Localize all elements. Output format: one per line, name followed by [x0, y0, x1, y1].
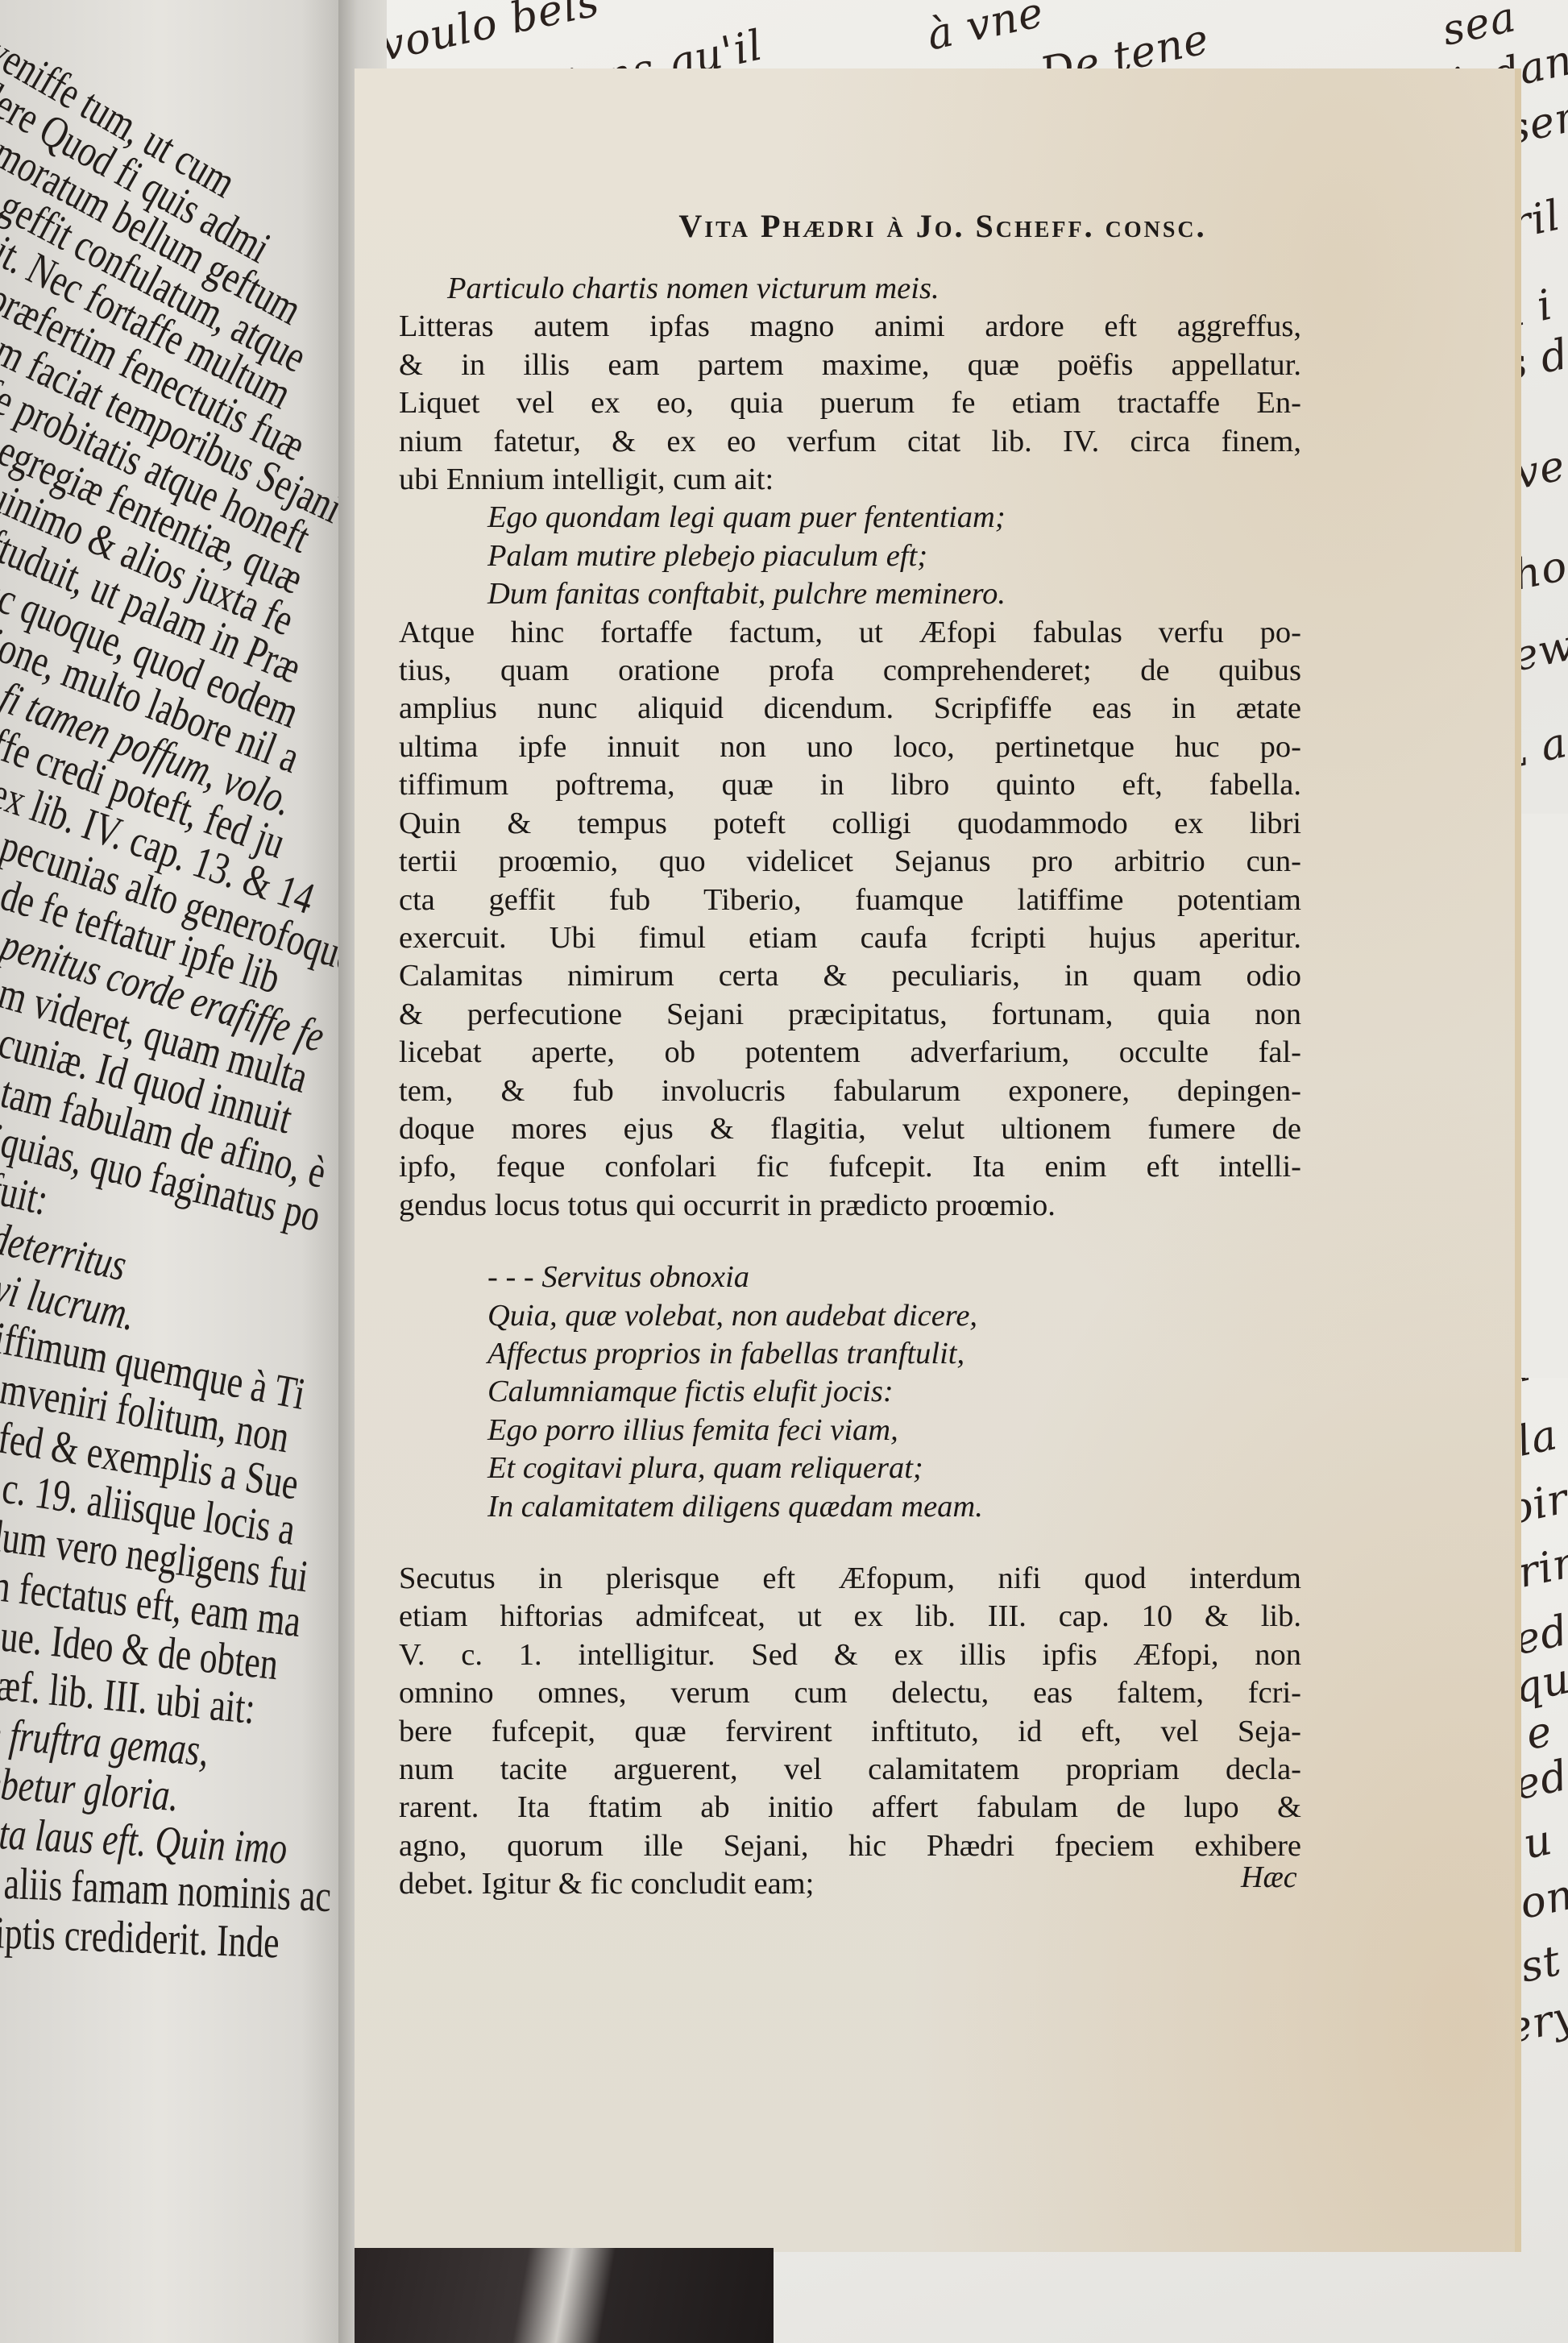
text-line: debet. Igitur & fic concludit eam;: [399, 1865, 1301, 1903]
text-line: & perfecutione Sejani præcipitatus, fort…: [399, 996, 1301, 1034]
verse-line: Ego porro illius femita feci viam,: [399, 1412, 1301, 1449]
text-line: Secutus in plerisque eft Æfopum, nifi qu…: [399, 1560, 1301, 1598]
text-line: V. c. 1. intelligitur. Sed & ex illis ip…: [399, 1636, 1301, 1674]
text-line: cta geffit fub Tiberio, fuamque latiffim…: [399, 881, 1301, 919]
spacer: [399, 1225, 1301, 1259]
text-line: nium fatetur, & ex eo verfum citat lib. …: [399, 423, 1301, 461]
left-page-line: criptis crediderit. Inde: [0, 1906, 280, 1968]
left-book-page: r. veniffe tum, ut cumndere Quod fi quis…: [0, 0, 355, 2343]
text-line: gendus locus totus qui occurrit in prædi…: [399, 1187, 1301, 1225]
text-line: ipfo, feque confolari fic fufcepit. Ita …: [399, 1148, 1301, 1186]
text-line: doque mores ejus & flagitia, velut ultio…: [399, 1110, 1301, 1148]
verse-line: Calumniamque fictis elufit jocis:: [399, 1373, 1301, 1411]
text-line: licebat aperte, ob potentem adverfarium,…: [399, 1034, 1301, 1072]
object-beneath-book: [355, 2248, 774, 2343]
text-line: exercuit. Ubi fimul etiam caufa fcripti …: [399, 919, 1301, 957]
verse-line: In calamitatem diligens quædam meam.: [399, 1488, 1301, 1526]
text-line: & in illis eam partem maxime, quæ poëfis…: [399, 346, 1301, 384]
spacer: [399, 1526, 1301, 1560]
text-line: omnino omnes, verum cum delectu, eas fal…: [399, 1674, 1301, 1712]
text-line: tem, & fub involucris fabularum exponere…: [399, 1072, 1301, 1110]
text-line: tius, quam oratione profa comprehenderet…: [399, 652, 1301, 690]
text-line: Quin & tempus poteft colligi quodammodo …: [399, 805, 1301, 843]
text-line: Liquet vel ex eo, quia puerum fe etiam t…: [399, 384, 1301, 422]
text-line: Litteras autem ipfas magno animi ardore …: [399, 308, 1301, 346]
catchword: Hæc: [1241, 1860, 1297, 1895]
text-line: ultima ipfe innuit non uno loco, pertine…: [399, 728, 1301, 766]
text-line: etiam hiftorias admifceat, ut ex lib. II…: [399, 1598, 1301, 1636]
text-line: num tacite arguerent, vel calamitatem pr…: [399, 1751, 1301, 1789]
verse-line: - - - Servitus obnoxia: [399, 1259, 1301, 1296]
right-book-page: Vita Phædri à Jo. Scheff. consc. Particu…: [355, 68, 1521, 2252]
verse-line: Palam mutire plebejo piaculum eft;: [399, 537, 1301, 575]
running-head: Vita Phædri à Jo. Scheff. consc.: [500, 207, 1386, 245]
text-line: ubi Ennium intelligit, cum ait:: [399, 461, 1301, 499]
verse-line: Dum fanitas conftabit, pulchre meminero.: [399, 575, 1301, 613]
handwritten-line: à vne: [923, 0, 1047, 60]
verse-line: Quia, quæ volebat, non audebat dicere,: [399, 1297, 1301, 1335]
text-line: amplius nunc aliquid dicendum. Scripfiff…: [399, 690, 1301, 728]
opening-verse: Particulo chartis nomen victurum meis.: [399, 270, 1301, 308]
text-line: Calamitas nimirum certa & peculiaris, in…: [399, 957, 1301, 995]
text-line: rarent. Ita ftatim ab initio affert fabu…: [399, 1789, 1301, 1827]
verse-line: Affectus proprios in fabellas tranftulit…: [399, 1335, 1301, 1373]
verse-line: Ego quondam legi quam puer fententiam;: [399, 499, 1301, 537]
handwritten-line: sea: [1438, 0, 1520, 56]
text-line: Atque hinc fortaffe factum, ut Æfopi fab…: [399, 614, 1301, 652]
verse-line: Et cogitavi plura, quam reliquerat;: [399, 1449, 1301, 1487]
text-line: tiffimum poftrema, quæ in libro quinto e…: [399, 766, 1301, 804]
page-text-block: Particulo chartis nomen victurum meis. L…: [399, 270, 1301, 1904]
text-line: tertii proœmio, quo videlicet Sejanus pr…: [399, 843, 1301, 881]
text-line: agno, quorum ille Sejani, hic Phædri fpe…: [399, 1827, 1301, 1865]
text-line: bere fufcepit, quæ fervirent inftituto, …: [399, 1713, 1301, 1751]
